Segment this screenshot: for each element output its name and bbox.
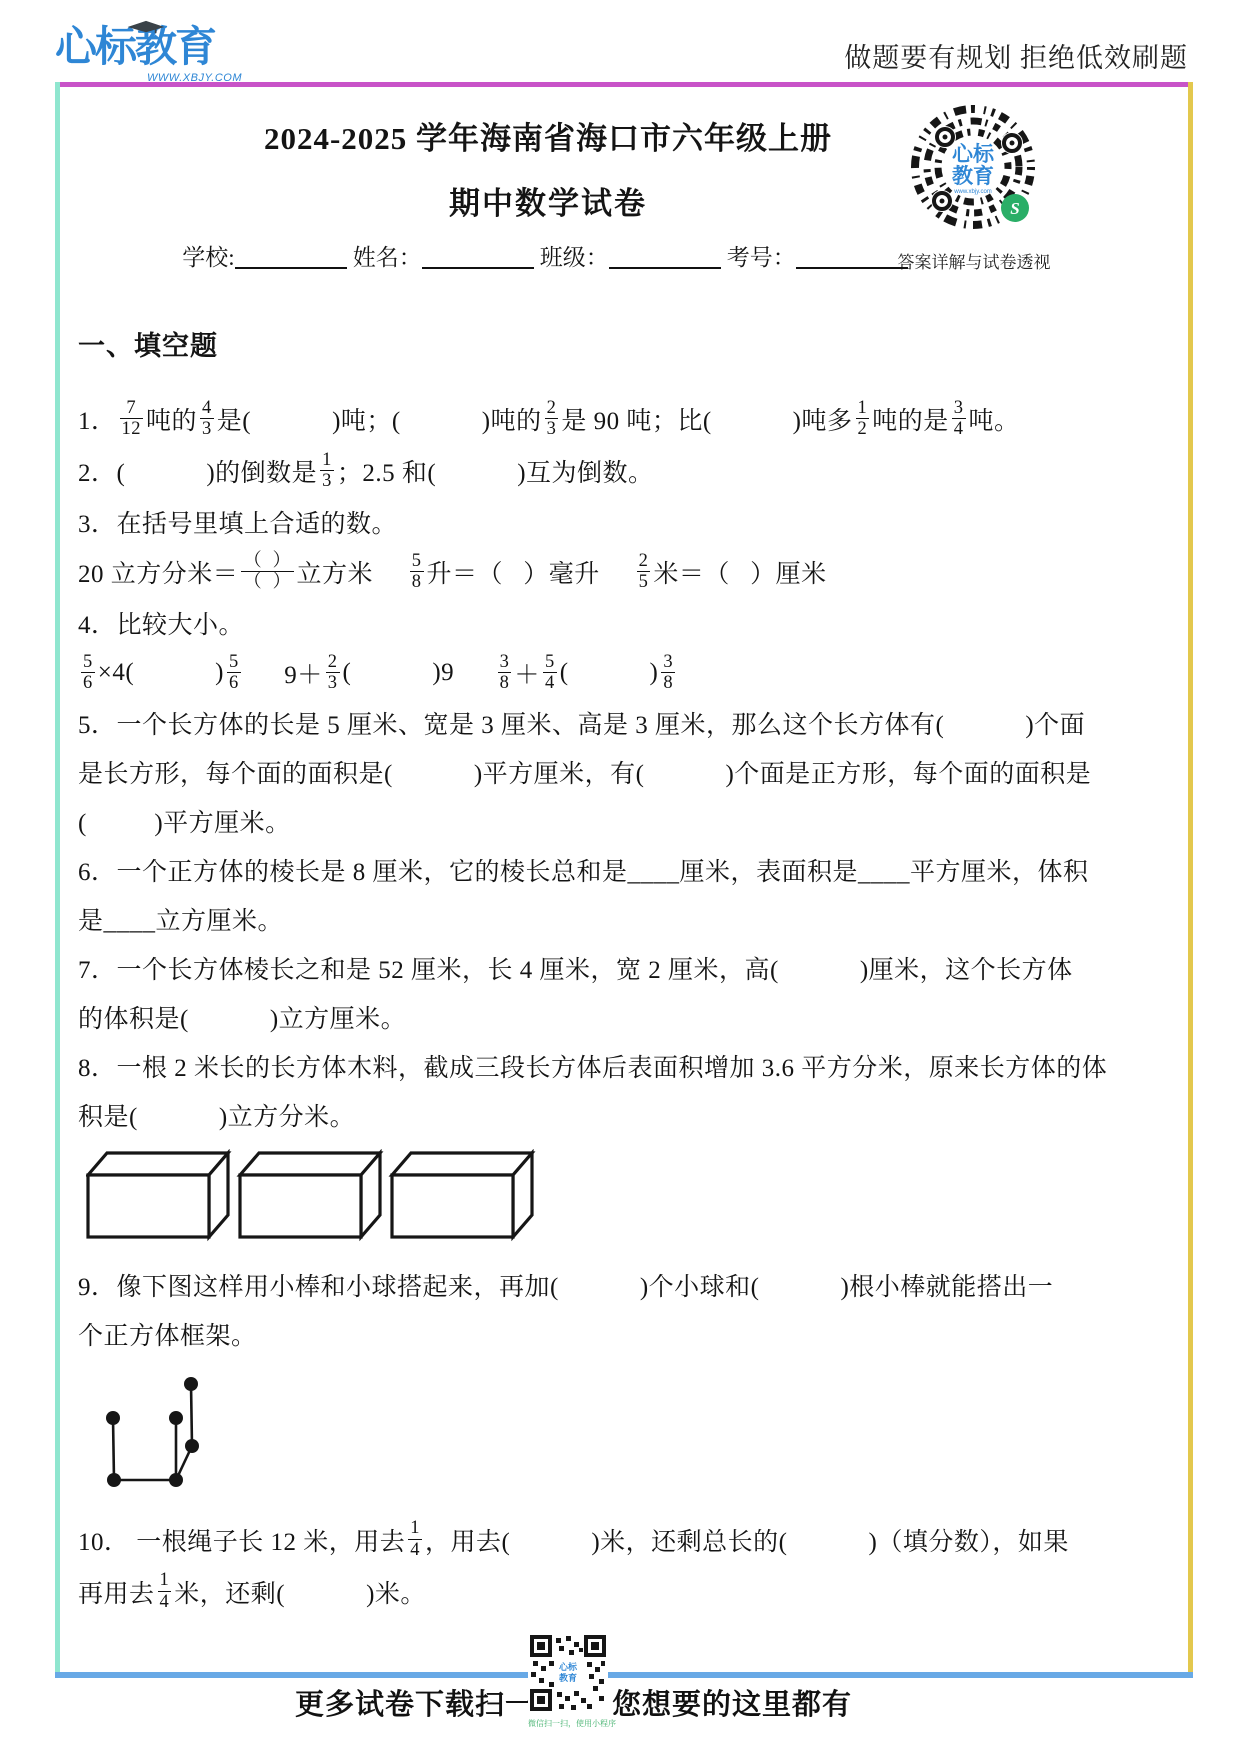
text-run: 4．比较大小。 bbox=[78, 605, 244, 641]
fraction: （ ）（ ） bbox=[241, 552, 293, 593]
text-run: ，用去( )米，还剩总长的( )（填分数），如果 bbox=[425, 1522, 1069, 1558]
svg-text:教育: 教育 bbox=[558, 1672, 577, 1683]
footer-right-text: 您想要的这里都有 bbox=[612, 1682, 852, 1723]
question-4-line: 4．比较大小。 bbox=[78, 604, 1178, 642]
question-8-line: 积是( )立方分米。 bbox=[78, 1096, 1178, 1134]
question-1-line: 1．712吨的43是( )吨；( )吨的23是 90 吨；比( )吨多12吨的是… bbox=[78, 399, 1178, 440]
name-blank bbox=[422, 243, 534, 269]
text-run: ×4( ) bbox=[98, 659, 224, 687]
text-run: ＋ bbox=[514, 655, 540, 691]
question-5-line: 5．一个长方体的长是 5 厘米、宽是 3 厘米、高是 3 厘米，那么这个长方体有… bbox=[78, 704, 1178, 742]
text-run: 3．在括号里填上合适的数。 bbox=[78, 504, 397, 540]
student-info-fields: 学校:姓名：班级：考号： bbox=[78, 239, 1018, 272]
text-run: 米，还剩( )米。 bbox=[174, 1574, 426, 1610]
name-label: 姓名： bbox=[353, 245, 422, 270]
text-run: 是____立方厘米。 bbox=[78, 901, 283, 937]
text-run: 立方米 bbox=[297, 554, 407, 590]
text-run: 是 90 吨；比( )吨多 bbox=[561, 401, 852, 437]
fraction: 23 bbox=[326, 653, 340, 694]
question-5-line: 是长方形，每个面的面积是( )平方厘米，有( )个面是正方形，每个面的面积是 bbox=[78, 753, 1178, 791]
text-run: 升＝（ ）毫升 bbox=[427, 554, 634, 590]
fraction: 54 bbox=[543, 653, 557, 694]
questions-1-8: 1．712吨的43是( )吨；( )吨的23是 90 吨；比( )吨多12吨的是… bbox=[78, 399, 1178, 1134]
question-6-line: 是____立方厘米。 bbox=[78, 900, 1178, 938]
fraction: 12 bbox=[856, 399, 870, 440]
question-2-line: 2．( )的倒数是13；2.5 和( )互为倒数。 bbox=[78, 451, 1178, 492]
question-9-line: 9．像下图这样用小棒和小球搭起来，再加( )个小球和( )根小棒就能搭出一 bbox=[78, 1266, 1178, 1304]
text-run: 9＋ bbox=[244, 655, 323, 691]
fraction: 25 bbox=[637, 552, 651, 593]
border-left-line bbox=[55, 82, 60, 1677]
examno-blank bbox=[796, 243, 908, 269]
text-run: ( )9 bbox=[343, 659, 495, 687]
question-5-line: ( )平方厘米。 bbox=[78, 802, 1178, 840]
footer-qr-caption: 微信扫一扫，使用小程序 bbox=[528, 1718, 608, 1729]
question-7-line: 7．一个长方体棱长之和是 52 厘米，长 4 厘米，宽 2 厘米，高( )厘米，… bbox=[78, 949, 1178, 987]
fraction: 23 bbox=[545, 399, 559, 440]
fraction: 712 bbox=[120, 399, 144, 440]
text-run: 10． 一根绳子长 12 米，用去 bbox=[78, 1522, 405, 1558]
border-top-line bbox=[55, 82, 1193, 87]
text-run: ( )平方厘米。 bbox=[78, 803, 291, 839]
question-10: 10． 一根绳子长 12 米，用去14，用去( )米，还剩总长的( )（填分数）… bbox=[78, 1519, 1178, 1612]
brand-logo: 心标教育 WWW.XBJY.COM bbox=[55, 26, 285, 88]
fraction: 14 bbox=[158, 1571, 172, 1612]
text-run: 的体积是( )立方厘米。 bbox=[78, 999, 406, 1035]
text-run: 20 立方分米＝ bbox=[78, 554, 238, 590]
svg-text:心标: 心标 bbox=[558, 1661, 578, 1672]
footer-left-text: 更多试卷下载扫一扫 bbox=[295, 1682, 565, 1723]
question-3-line: 3．在括号里填上合适的数。 bbox=[78, 503, 1178, 541]
text-run: 是( )吨；( )吨的 bbox=[217, 401, 542, 437]
class-blank bbox=[609, 243, 721, 269]
question-10-line: 再用去14米，还剩( )米。 bbox=[78, 1571, 1178, 1612]
text-run: 1． bbox=[78, 401, 117, 437]
border-right-line bbox=[1188, 82, 1193, 1672]
question-9-line: 个正方体框架。 bbox=[78, 1315, 1178, 1353]
fraction: 38 bbox=[661, 653, 675, 694]
fraction: 58 bbox=[410, 552, 424, 593]
question-7-line: 的体积是( )立方厘米。 bbox=[78, 998, 1178, 1036]
text-run: 8．一根 2 米长的长方体木料，截成三段长方体后表面积增加 3.6 平方分米，原… bbox=[78, 1048, 1107, 1084]
examno-label: 考号： bbox=[727, 245, 796, 270]
text-run: 6．一个正方体的棱长是 8 厘米，它的棱长总和是____厘米，表面积是____平… bbox=[78, 852, 1089, 888]
fraction: 56 bbox=[227, 653, 241, 694]
fraction: 34 bbox=[952, 399, 966, 440]
school-blank bbox=[235, 243, 347, 269]
question-9: 9．像下图这样用小棒和小球搭起来，再加( )个小球和( )根小棒就能搭出一个正方… bbox=[78, 1266, 1178, 1353]
text-run: 5．一个长方体的长是 5 厘米、宽是 3 厘米、高是 3 厘米，那么这个长方体有… bbox=[78, 705, 1085, 741]
fraction: 38 bbox=[498, 653, 512, 694]
exam-title-line2: 期中数学试卷 bbox=[78, 178, 1018, 223]
question-8-line: 8．一根 2 米长的长方体木料，截成三段长方体后表面积增加 3.6 平方分米，原… bbox=[78, 1047, 1178, 1085]
text-run: 9．像下图这样用小棒和小球搭起来，再加( )个小球和( )根小棒就能搭出一 bbox=[78, 1267, 1053, 1303]
question-6-line: 6．一个正方体的棱长是 8 厘米，它的棱长总和是____厘米，表面积是____平… bbox=[78, 851, 1178, 889]
text-run: 2．( )的倒数是 bbox=[78, 453, 317, 489]
header-slogan: 做题要有规划 拒绝低效刷题 bbox=[844, 36, 1188, 75]
boxes-figure bbox=[86, 1149, 536, 1243]
section-heading: 一、填空题 bbox=[78, 324, 1178, 363]
footer-qr-block: 心标 教育 微信扫一扫，使用小程序 bbox=[528, 1634, 608, 1734]
graduation-cap-icon bbox=[123, 20, 169, 34]
exam-content: 2024-2025 学年海南省海口市六年级上册 期中数学试卷 学校:姓名：班级：… bbox=[78, 95, 1178, 1623]
text-run: 吨。 bbox=[969, 401, 1020, 437]
text-run: 是长方形，每个面的面积是( )平方厘米，有( )个面是正方形，每个面的面积是 bbox=[78, 754, 1091, 790]
exam-title-line1: 2024-2025 学年海南省海口市六年级上册 bbox=[78, 113, 1018, 158]
footer-qr-code: 心标 教育 bbox=[529, 1634, 607, 1712]
fraction: 14 bbox=[408, 1519, 422, 1560]
exam-page: 心标教育 WWW.XBJY.COM 做题要有规划 拒绝低效刷题 心标 教育 ww… bbox=[0, 0, 1240, 1754]
sticks-figure bbox=[88, 1370, 238, 1500]
question-4-line: 56×4( )56 9＋23( )9 38＋54( )38 bbox=[78, 653, 1178, 694]
border-bottom-line bbox=[55, 1672, 1193, 1678]
text-run: 7．一个长方体棱长之和是 52 厘米，长 4 厘米，宽 2 厘米，高( )厘米，… bbox=[78, 950, 1073, 986]
text-run: ；2.5 和( )互为倒数。 bbox=[337, 453, 654, 489]
class-label: 班级： bbox=[540, 245, 609, 270]
school-label: 学校: bbox=[182, 245, 234, 270]
question-3-line: 20 立方分米＝（ ）（ ）立方米 58升＝（ ）毫升 25米＝（ ）厘米 bbox=[78, 552, 1178, 593]
text-run: 米＝（ ）厘米 bbox=[653, 554, 826, 590]
fraction: 56 bbox=[81, 653, 95, 694]
question-10-line: 10． 一根绳子长 12 米，用去14，用去( )米，还剩总长的( )（填分数）… bbox=[78, 1519, 1178, 1560]
text-run: 积是( )立方分米。 bbox=[78, 1097, 355, 1133]
fraction: 13 bbox=[320, 451, 334, 492]
fraction: 43 bbox=[200, 399, 214, 440]
text-run: 个正方体框架。 bbox=[78, 1316, 257, 1352]
text-run: ( ) bbox=[560, 659, 659, 687]
text-run: 吨的 bbox=[146, 401, 197, 437]
text-run: 再用去 bbox=[78, 1574, 155, 1610]
text-run: 吨的是 bbox=[872, 401, 949, 437]
